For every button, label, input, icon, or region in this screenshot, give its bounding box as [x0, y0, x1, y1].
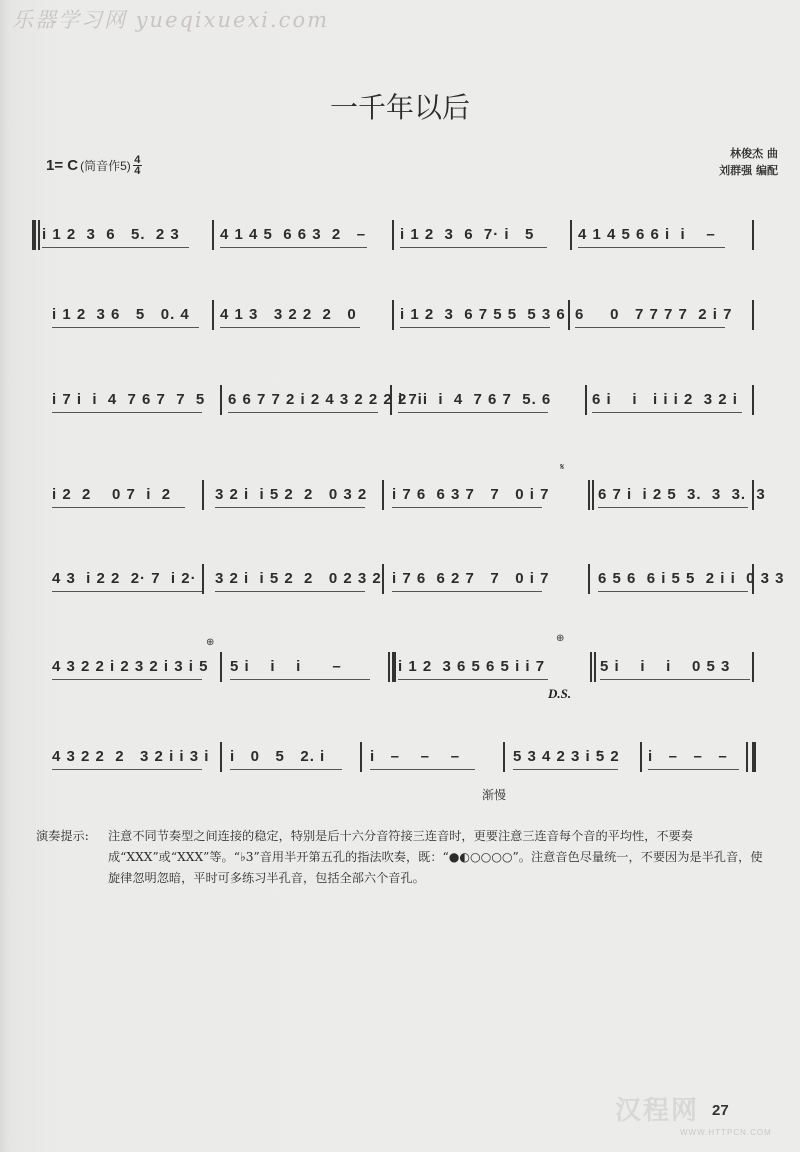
measure: i 1 2 3 6 7· i 5: [400, 226, 534, 243]
score-page: 乐器学习网 yueqixuexi.com 一千年以后 1= C (筒音作5) 4…: [0, 0, 800, 1152]
segno-icon: 𝄋: [560, 462, 564, 473]
barline: [212, 300, 214, 330]
measure: 5 i i i 0 5 3: [600, 658, 730, 675]
fermata-icon: 𝄐: [596, 747, 602, 758]
beam-underline: [392, 591, 542, 592]
score-row: i 1 2 3 6 5. 2 34 1 4 5 6 6 3 2 –i 1 2 3…: [30, 218, 765, 258]
beam-underline: [398, 679, 548, 680]
measure: 6 7 i i 2 5 3. 3 3. 3: [598, 486, 766, 503]
barline: [640, 742, 642, 772]
beam-underline: [52, 507, 185, 508]
barline: [220, 385, 222, 415]
measure: i 0 5 2. i: [230, 748, 325, 765]
beam-underline: [228, 412, 378, 413]
barline: [202, 480, 204, 510]
composer: 林俊杰 曲: [719, 145, 778, 162]
barline: [570, 220, 572, 250]
barline: [752, 300, 754, 330]
measure: 4 1 3 3 2 2 2 0: [220, 306, 357, 323]
score-row: i 1 2 3 6 5 0. 44 1 3 3 2 2 2 0i 1 2 3 6…: [30, 298, 765, 338]
measure: 6 6 7 7 2 i 2 4 3 2 2 2 2 i: [228, 391, 423, 408]
measure: 4 3 2 2 2 3 2 i i 3 i: [52, 748, 209, 765]
site-watermark: 乐器学习网 yueqixuexi.com: [12, 4, 329, 34]
barline: [752, 220, 754, 250]
barline: [220, 652, 222, 682]
measure: 5 3 4 2 3 i 5 2: [513, 748, 620, 765]
measure: 4 1 4 5 6 6 i i –: [578, 226, 716, 243]
beam-underline: [598, 507, 748, 508]
barline: [32, 220, 36, 250]
performance-notes: 演奏提示: 注意不同节奏型之间连接的稳定，特别是后十六分音符接三连音时，更要注意…: [36, 826, 766, 889]
barline: [392, 220, 394, 250]
credits: 林俊杰 曲 刘群强 编配: [719, 145, 778, 179]
beam-underline: [52, 769, 202, 770]
ds-marking: D.S.: [548, 686, 571, 702]
barline: [594, 652, 596, 682]
measure: 5 i i i –: [230, 658, 342, 675]
beam-underline: [578, 247, 725, 248]
barline: [382, 480, 384, 510]
barline: [752, 742, 756, 772]
barline: [752, 652, 754, 682]
measure: i 7 i i 4 7 6 7 5. 6: [398, 391, 551, 408]
measure: 6 i i i i i 2 3 2 i: [592, 391, 738, 408]
beam-underline: [648, 769, 739, 770]
barline: [590, 652, 592, 682]
measure: 3 2 i i 5 2 2 0 3 2: [215, 486, 367, 503]
measure: i – – –: [370, 748, 460, 765]
notes-label: 演奏提示:: [36, 826, 89, 847]
ritardando-marking: 渐慢: [482, 786, 506, 803]
beam-underline: [370, 769, 475, 770]
barline: [503, 742, 505, 772]
measure: i 7 6 6 2 7 7 0 i 7: [392, 570, 549, 587]
beam-underline: [600, 679, 750, 680]
measure: i 1 2 3 6 7 5 5 5 3 6: [400, 306, 566, 323]
coda-icon: ⊕: [556, 633, 564, 644]
barline: [588, 564, 590, 594]
barline: [212, 220, 214, 250]
beam-underline: [598, 591, 748, 592]
measure: 6 5 6 6 i 5 5 2 i i 0 3 3: [598, 570, 784, 587]
measure: 6 0 7 7 7 7 2 i 7: [575, 306, 732, 323]
beam-underline: [392, 507, 542, 508]
barline: [360, 742, 362, 772]
beam-underline: [220, 247, 367, 248]
measure: i 2 2 0 7 i 2: [52, 486, 171, 503]
notes-text: 注意不同节奏型之间连接的稳定，特别是后十六分音符接三连音时，更要注意三连音每个音…: [36, 826, 766, 889]
beam-underline: [215, 507, 365, 508]
score-row: 4 3 2 2 i 2 3 2 i 3 i 55 i i i –i 1 2 3 …: [30, 650, 765, 690]
beam-underline: [513, 769, 618, 770]
score-row: i 7 i i 4 7 6 7 7 56 6 7 7 2 i 2 4 3 2 2…: [30, 383, 765, 423]
score-row: 4 3 i 2 2 2· 7 i 2·3 2 i i 5 2 2 0 2 3 2…: [30, 562, 765, 602]
beam-underline: [592, 412, 742, 413]
barline: [388, 652, 390, 682]
measure: i – – –: [648, 748, 728, 765]
beam-underline: [398, 412, 548, 413]
barline: [382, 564, 384, 594]
key-label: 1= C: [46, 157, 78, 174]
beam-underline: [215, 591, 365, 592]
score-row: 4 3 2 2 2 3 2 i i 3 ii 0 5 2. ii – – –5 …: [30, 740, 765, 780]
measure: i 7 i i 4 7 6 7 7 5: [52, 391, 205, 408]
beam-underline: [42, 247, 189, 248]
measure: i 7 6 6 3 7 7 0 i 7: [392, 486, 549, 503]
barline: [392, 300, 394, 330]
beam-underline: [400, 327, 550, 328]
barline: [392, 652, 396, 682]
barline: [220, 742, 222, 772]
time-signature: 4 4: [133, 155, 142, 176]
measure: 4 3 2 2 i 2 3 2 i 3 i 5: [52, 658, 208, 675]
barline: [588, 480, 590, 510]
measure: 4 3 i 2 2 2· 7 i 2·: [52, 570, 197, 587]
beam-underline: [230, 769, 342, 770]
logo-watermark: 汉程网: [615, 1090, 699, 1127]
arranger: 刘群强 编配: [719, 162, 778, 179]
key-note: (筒音作5): [80, 157, 131, 174]
measure: 4 1 4 5 6 6 3 2 –: [220, 226, 366, 243]
score-row: i 2 2 0 7 i 23 2 i i 5 2 2 0 3 2i 7 6 6 …: [30, 478, 765, 518]
beam-underline: [400, 247, 547, 248]
beam-underline: [52, 591, 202, 592]
barline: [746, 742, 748, 772]
beam-underline: [52, 412, 202, 413]
logo-url-watermark: WWW.HTTPCN.COM: [680, 1128, 772, 1137]
beam-underline: [52, 679, 202, 680]
beam-underline: [575, 327, 725, 328]
beam-underline: [230, 679, 370, 680]
coda-icon: ⊕: [206, 637, 214, 648]
measure: i 1 2 3 6 5 6 5 i i 7: [398, 658, 545, 675]
barline: [568, 300, 570, 330]
page-number: 27: [712, 1102, 729, 1119]
barline: [585, 385, 587, 415]
barline: [752, 385, 754, 415]
measure: 3 2 i i 5 2 2 0 2 3 2: [215, 570, 382, 587]
barline: [38, 220, 40, 250]
page-title: 一千年以后: [0, 86, 800, 126]
barline: [202, 564, 204, 594]
beam-underline: [52, 327, 199, 328]
barline: [592, 480, 594, 510]
measure: i 1 2 3 6 5. 2 3: [42, 226, 180, 243]
key-signature: 1= C (筒音作5) 4 4: [46, 155, 142, 176]
beam-underline: [220, 327, 360, 328]
measure: i 1 2 3 6 5 0. 4: [52, 306, 190, 323]
